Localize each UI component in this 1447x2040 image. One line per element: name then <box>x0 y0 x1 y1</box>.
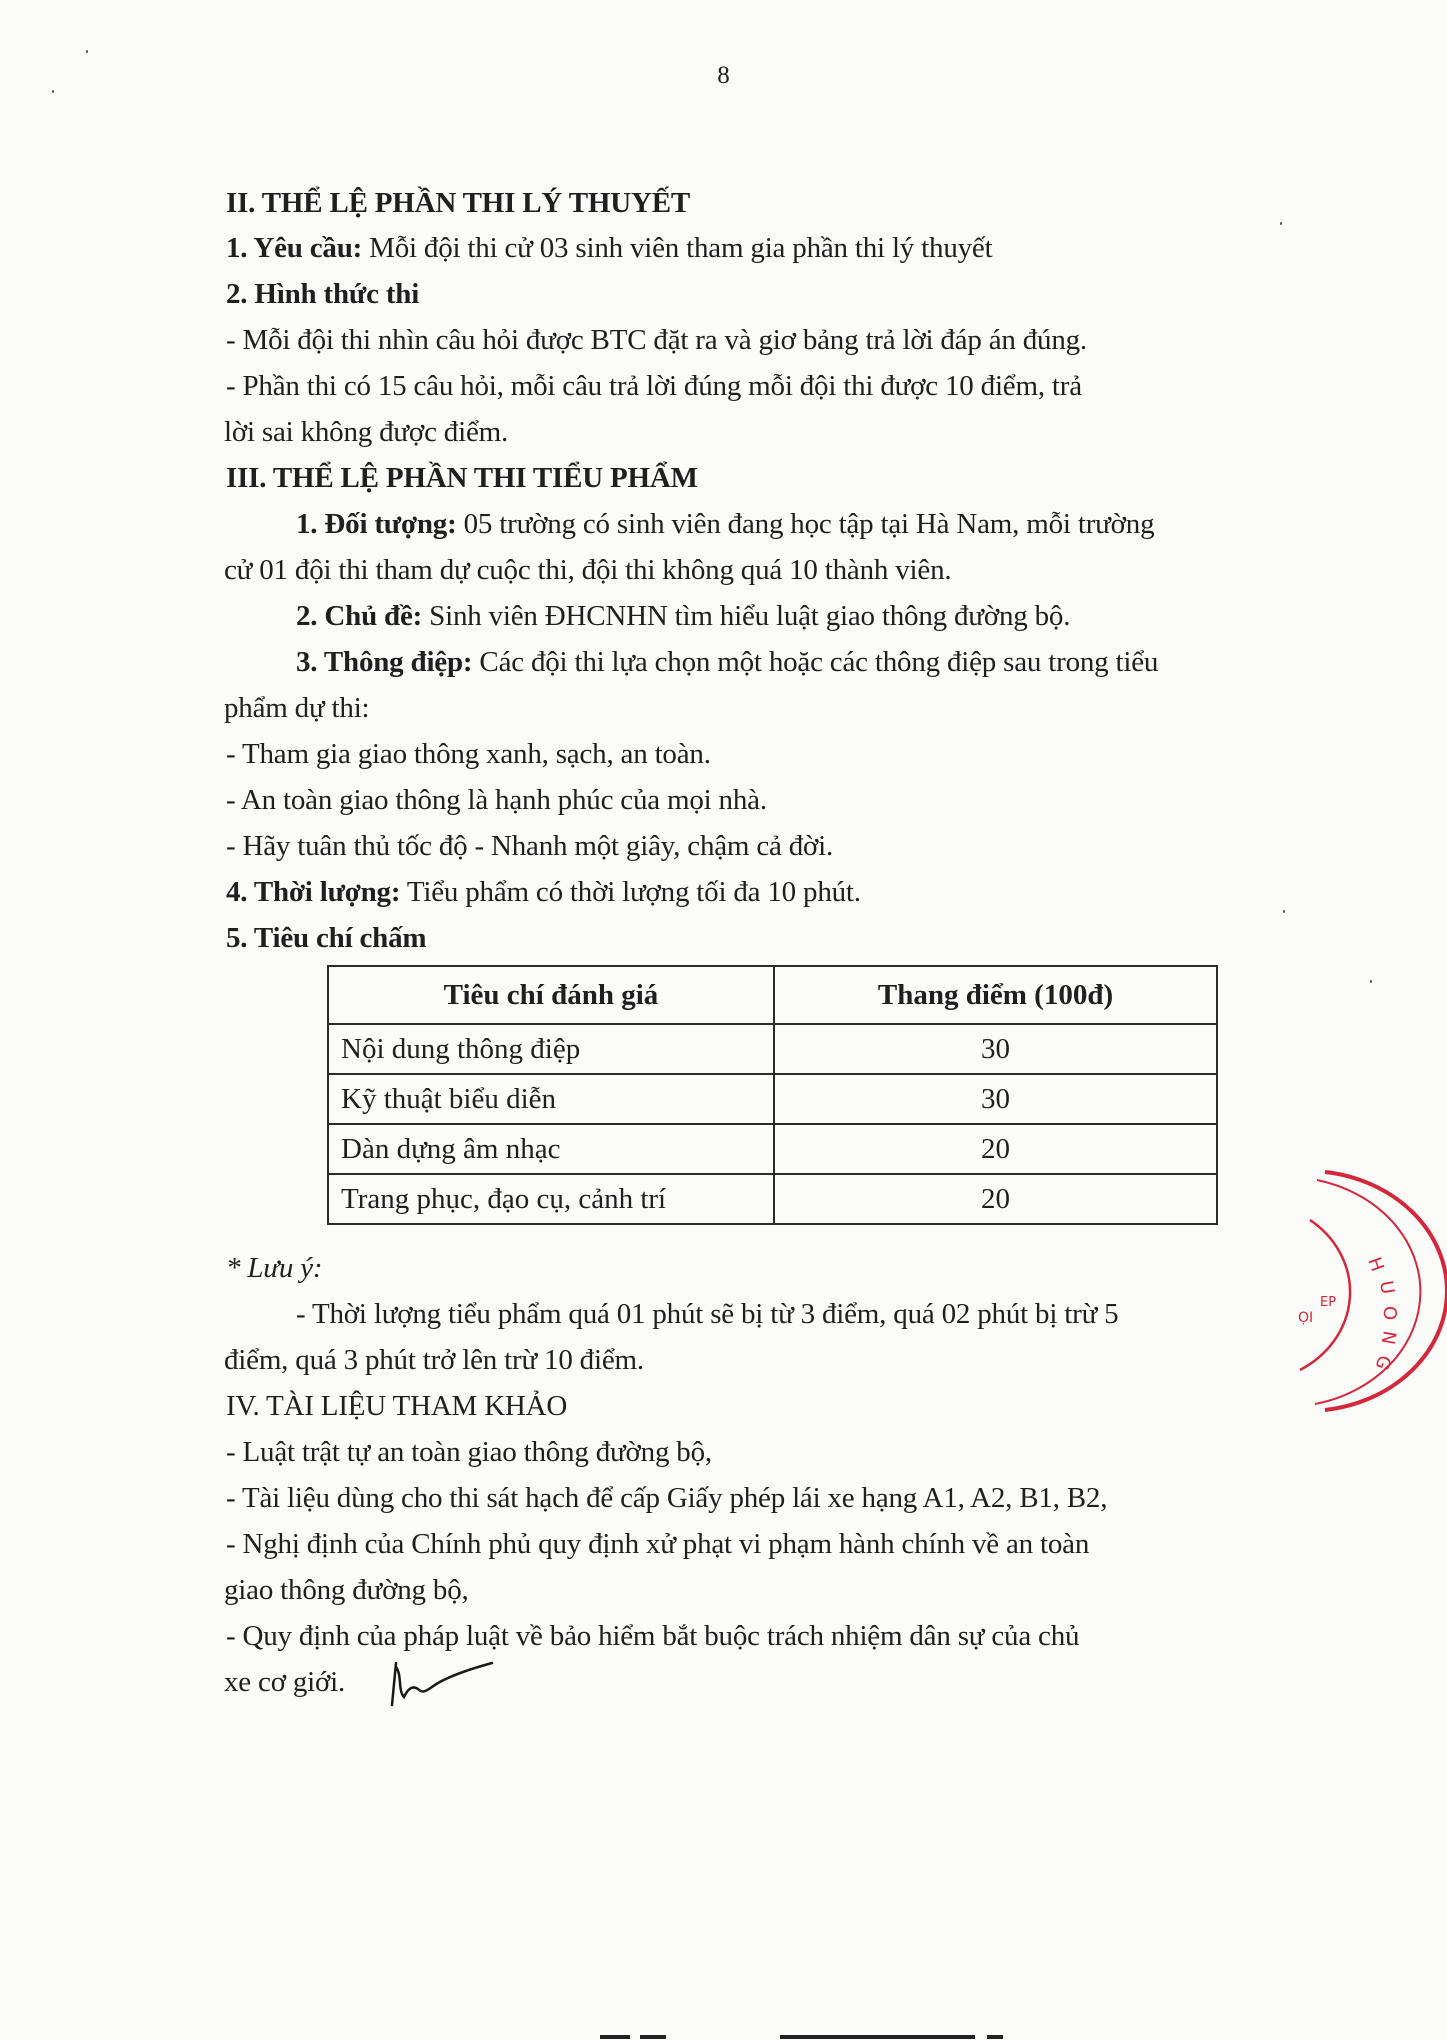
footer-rule <box>600 2035 630 2039</box>
signature-mark <box>388 1655 498 1710</box>
message-item-2: - An toàn giao thông là hạnh phúc của mọ… <box>226 780 767 820</box>
requirement-label: 1. Yêu cầu: <box>226 232 362 264</box>
topic-text: Sinh viên ĐHCNHN tìm hiểu luật giao thôn… <box>422 600 1070 632</box>
footer-rule <box>640 2035 666 2039</box>
reference-item-4: - Quy định của pháp luật về bảo hiểm bắt… <box>226 1616 1079 1656</box>
score-cell: 30 <box>774 1074 1217 1124</box>
message-item-1: - Tham gia giao thông xanh, sạch, an toà… <box>226 734 711 774</box>
form-item-2-cont: lời sai không được điểm. <box>224 412 508 452</box>
footer-rule <box>780 2035 975 2039</box>
footer-rule <box>987 2035 1003 2039</box>
message-text: Các đội thi lựa chọn một hoặc các thông … <box>472 646 1158 678</box>
message-line: 3. Thông điệp: Các đội thi lựa chọn một … <box>296 642 1158 682</box>
note-label: * Lưu ý: <box>226 1248 322 1288</box>
svg-text:N: N <box>1377 1329 1400 1346</box>
score-cell: 20 <box>774 1174 1217 1224</box>
svg-text:H: H <box>1363 1255 1387 1275</box>
score-cell: 20 <box>774 1124 1217 1174</box>
requirement-text: Mỗi đội thi cử 03 sinh viên tham gia phầ… <box>362 232 992 264</box>
header-criteria: Tiêu chí đánh giá <box>328 966 774 1024</box>
form-item-2: - Phần thi có 15 câu hỏi, mỗi câu trả lờ… <box>226 366 1082 406</box>
reference-item-2: - Tài liệu dùng cho thi sát hạch để cấp … <box>226 1478 1107 1518</box>
criteria-table: Tiêu chí đánh giá Thang điểm (100đ) Nội … <box>327 965 1218 1225</box>
message-item-3: - Hãy tuân thủ tốc độ - Nhanh một giây, … <box>226 826 833 866</box>
form-heading: 2. Hình thức thi <box>226 274 419 314</box>
svg-text:G: G <box>1371 1352 1396 1372</box>
message-cont: phẩm dự thi: <box>224 688 369 728</box>
note-cont: điểm, quá 3 phút trở lên trừ 10 điểm. <box>224 1340 644 1380</box>
scan-speck <box>1280 222 1282 225</box>
table-row: Dàn dựng âm nhạc 20 <box>328 1124 1217 1174</box>
table-row: Nội dung thông điệp 30 <box>328 1024 1217 1074</box>
score-cell: 30 <box>774 1024 1217 1074</box>
table-row: Kỹ thuật biểu diễn 30 <box>328 1074 1217 1124</box>
criteria-heading: 5. Tiêu chí chấm <box>226 918 426 958</box>
criteria-cell: Kỹ thuật biểu diễn <box>328 1074 774 1124</box>
duration-label: 4. Thời lượng: <box>226 876 400 908</box>
topic-line: 2. Chủ đề: Sinh viên ĐHCNHN tìm hiểu luậ… <box>296 596 1070 636</box>
section-3-heading: III. THỂ LỆ PHẦN THI TIỂU PHẨM <box>226 458 698 498</box>
note-text: - Thời lượng tiểu phẩm quá 01 phút sẽ bị… <box>296 1294 1118 1334</box>
section-4-heading: IV. TÀI LIỆU THAM KHẢO <box>226 1386 567 1426</box>
duration-text: Tiểu phẩm có thời lượng tối đa 10 phút. <box>400 876 861 908</box>
svg-text:U: U <box>1375 1279 1398 1296</box>
header-score: Thang điểm (100đ) <box>774 966 1217 1024</box>
form-item-1: - Mỗi đội thi nhìn câu hỏi được BTC đặt … <box>226 320 1087 360</box>
target-text: 05 trường có sinh viên đang học tập tại … <box>457 508 1155 540</box>
duration-line: 4. Thời lượng: Tiểu phẩm có thời lượng t… <box>226 872 861 912</box>
reference-item-1: - Luật trật tự an toàn giao thông đường … <box>226 1432 712 1472</box>
reference-item-3-cont: giao thông đường bộ, <box>224 1570 469 1610</box>
topic-label: 2. Chủ đề: <box>296 600 422 632</box>
criteria-cell: Trang phục, đạo cụ, cảnh trí <box>328 1174 774 1224</box>
scan-speck <box>1370 980 1372 983</box>
message-label: 3. Thông điệp: <box>296 646 472 678</box>
criteria-cell: Dàn dựng âm nhạc <box>328 1124 774 1174</box>
target-label: 1. Đối tượng: <box>296 508 457 540</box>
section-2-heading: II. THỂ LỆ PHẦN THI LÝ THUYẾT <box>226 183 690 223</box>
svg-text:ỌI: ỌI <box>1298 1310 1313 1326</box>
svg-text:EP: EP <box>1320 1295 1336 1310</box>
official-stamp-icon: H U O N G EP ỌI <box>1250 1160 1447 1420</box>
criteria-cell: Nội dung thông điệp <box>328 1024 774 1074</box>
table-row: Trang phục, đạo cụ, cảnh trí 20 <box>328 1174 1217 1224</box>
target-line: 1. Đối tượng: 05 trường có sinh viên đan… <box>296 504 1154 544</box>
target-cont: cử 01 đội thi tham dự cuộc thi, đội thi … <box>224 550 951 590</box>
page-number: 8 <box>0 62 1447 90</box>
table-header-row: Tiêu chí đánh giá Thang điểm (100đ) <box>328 966 1217 1024</box>
reference-item-4-cont: xe cơ giới. <box>224 1662 345 1702</box>
reference-item-3: - Nghị định của Chính phủ quy định xử ph… <box>226 1524 1089 1564</box>
scan-speck <box>1283 910 1285 913</box>
requirement-line: 1. Yêu cầu: Mỗi đội thi cử 03 sinh viên … <box>226 228 992 268</box>
scan-speck <box>86 50 88 53</box>
scan-speck <box>52 90 54 93</box>
svg-text:O: O <box>1379 1306 1400 1320</box>
